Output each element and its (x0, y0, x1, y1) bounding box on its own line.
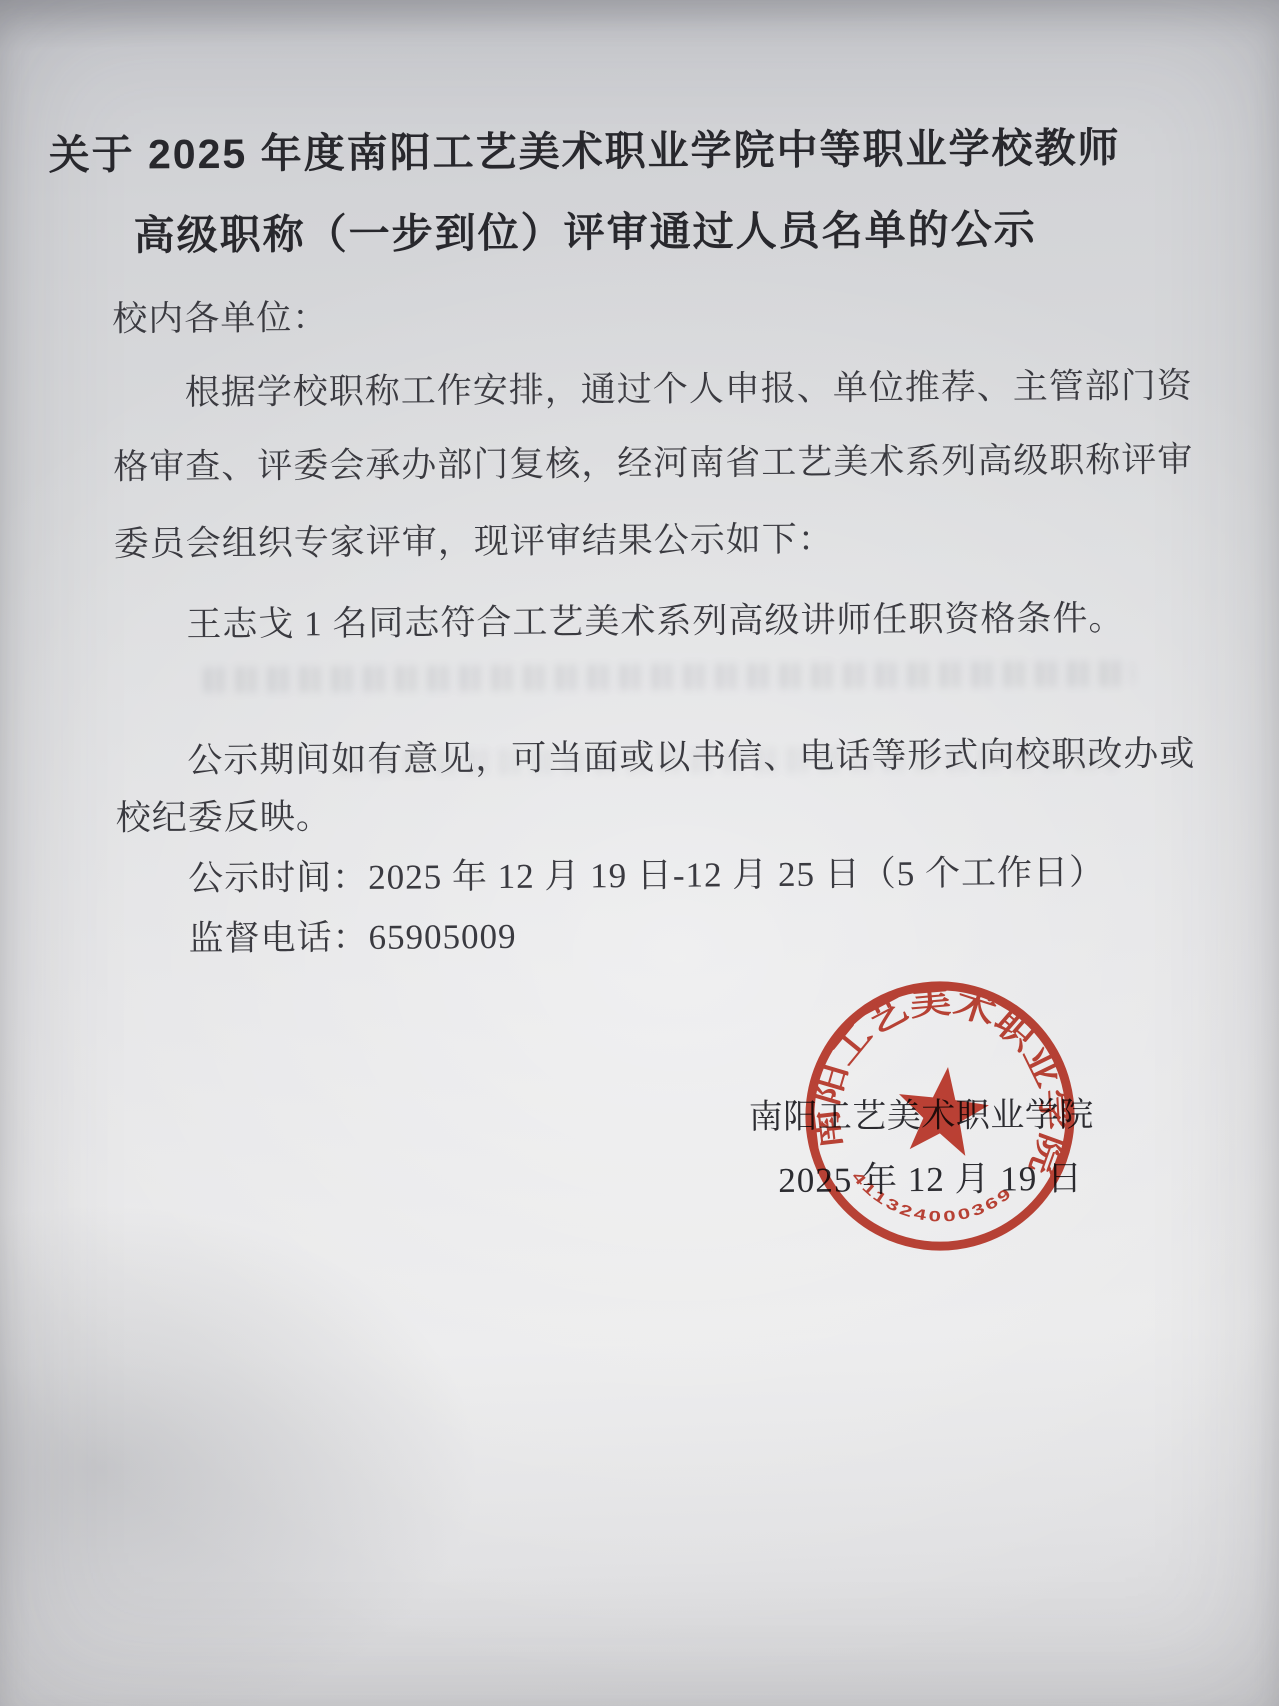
ink-bleed-through-band (204, 661, 1134, 693)
official-seal: 南阳工艺美术职业学院 4113240003699 (780, 956, 1101, 1277)
paragraph1-line3: 委员会组织专家评审，现评审结果公示如下： (114, 512, 834, 567)
salutation: 校内各单位： (112, 290, 328, 342)
paragraph1-line1: 根据学校职称工作安排，通过个人申报、单位推荐、主管部门资 (185, 358, 1193, 415)
doc-title-line2: 高级职称（一步到位）评审通过人员名单的公示 (0, 195, 1225, 263)
result-line: 王志戈 1 名同志符合工艺美术系列高级讲师任职资格条件。 (186, 591, 1124, 648)
publicity-period-line: 公示时间：2025 年 12 月 19 日-12 月 25 日（5 个工作日） (188, 845, 1105, 901)
doc-title-line1: 关于 2025 年度南阳工艺美术职业学院中等职业学校教师 (0, 114, 1224, 182)
feedback-line2: 校纪委反映。 (116, 789, 332, 841)
photo-of-document: 关于 2025 年度南阳工艺美术职业学院中等职业学校教师 高级职称（一步到位）评… (0, 0, 1279, 1706)
paragraph1-line2: 格审查、评委会承办部门复核，经河南省工艺美术系列高级职称评审 (113, 432, 1193, 490)
announcement-document: 关于 2025 年度南阳工艺美术职业学院中等职业学校教师 高级职称（一步到位）评… (0, 0, 1279, 1706)
ink-bleed-through-band (339, 745, 1119, 776)
star-icon (893, 1061, 993, 1158)
supervision-phone-line: 监督电话：65905009 (188, 909, 516, 961)
